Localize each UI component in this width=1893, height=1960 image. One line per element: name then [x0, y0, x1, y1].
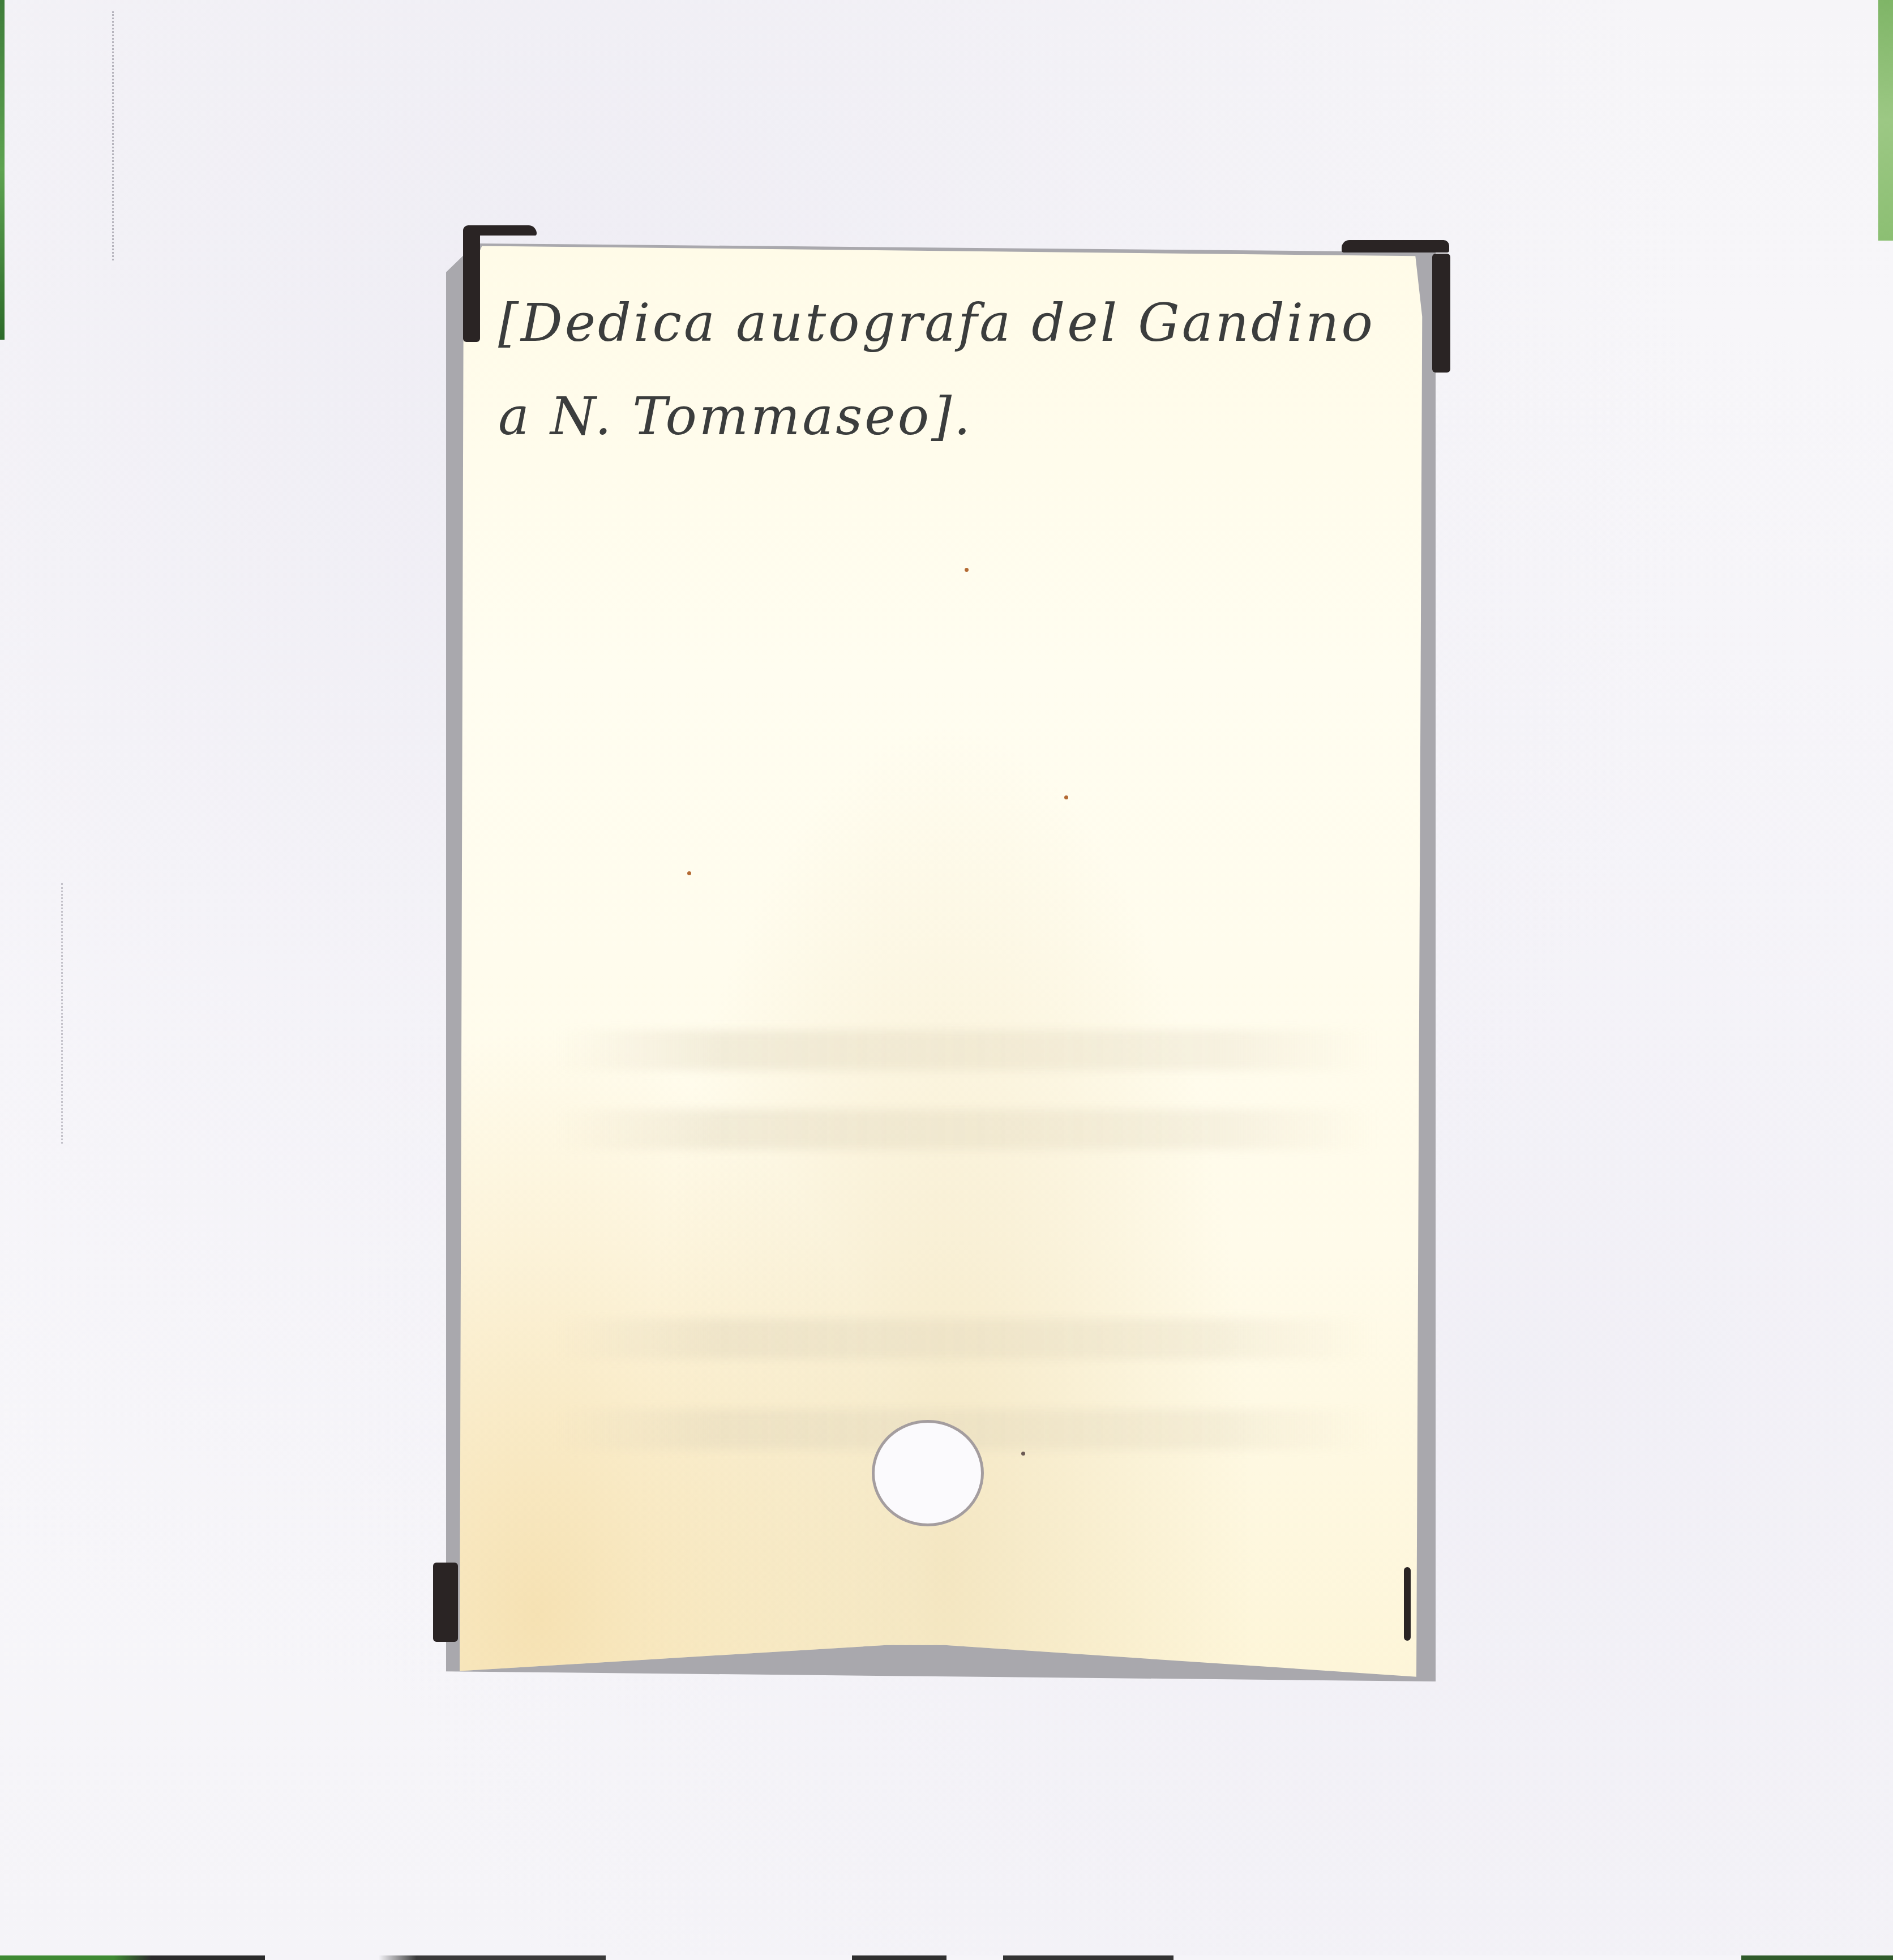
background-strip-right [1878, 0, 1893, 241]
corner-clip-bottom-left [433, 1563, 458, 1642]
corner-clip-top-left [463, 229, 480, 342]
bottom-fringe [0, 1955, 1893, 1960]
handwritten-annotation-line-1: [Dedica autografa del Gandino [498, 297, 1375, 349]
show-through-text [555, 1030, 1376, 1070]
perforated-paper-edge [102, 11, 114, 260]
show-through-text [555, 1319, 1376, 1359]
handwritten-annotation-line-2: a N. Tommaseo]. [498, 391, 973, 443]
background-strip-left [0, 0, 5, 340]
show-through-text [555, 1110, 1376, 1149]
corner-clip-bottom-right [1404, 1567, 1411, 1641]
perforated-paper-edge [51, 883, 63, 1144]
corner-clip-top-right [1432, 254, 1450, 373]
corner-clip-top-right [1342, 240, 1449, 253]
punched-hole [872, 1420, 984, 1526]
